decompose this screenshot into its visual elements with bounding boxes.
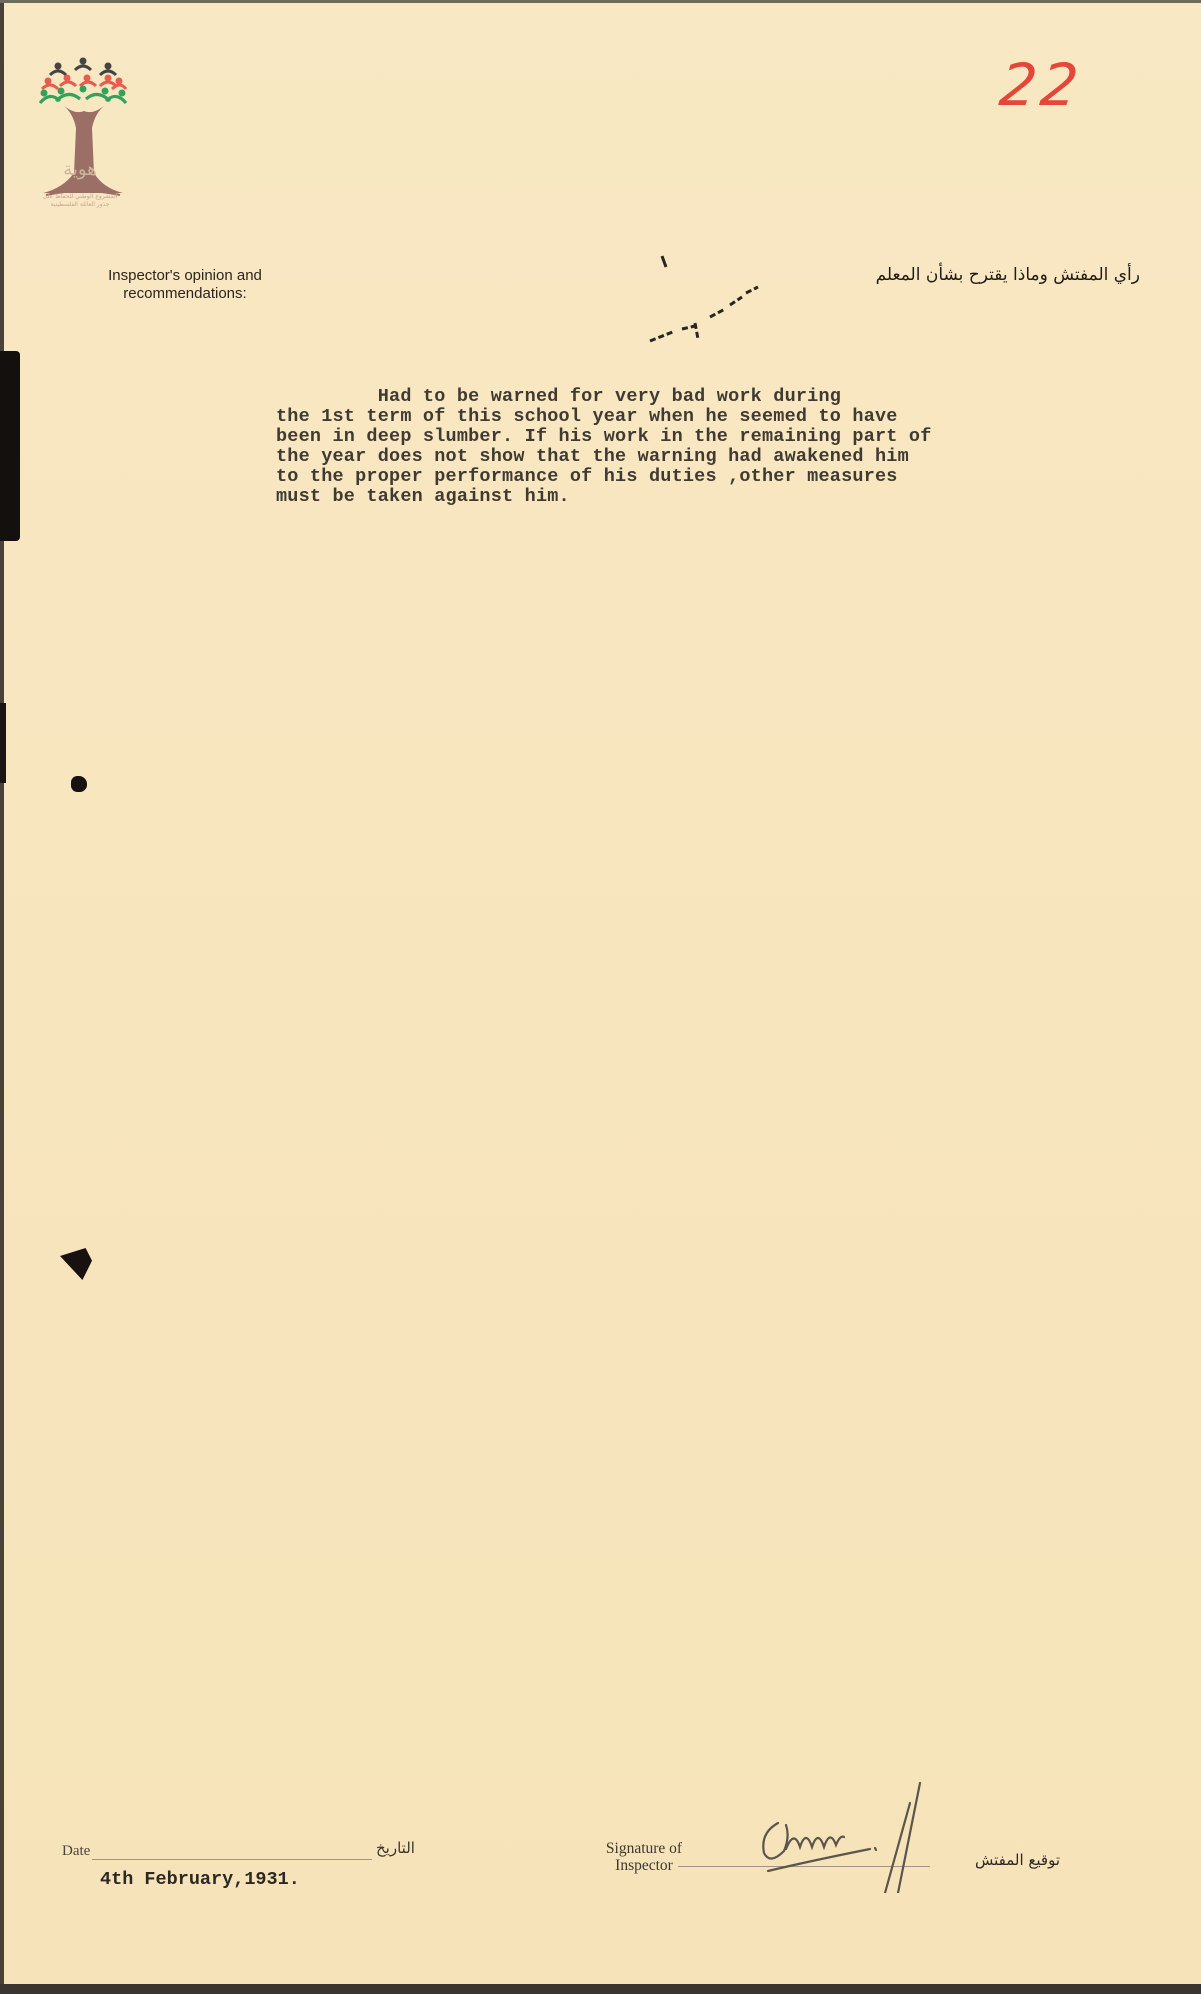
page-number: 22 [996,51,1085,119]
binder-tab [0,351,20,541]
date-label-ar: التاريخ [376,1839,415,1857]
tree-logo-icon [38,53,128,213]
body-line: the year does not show that the warning … [276,447,1156,467]
section-label-line1: Inspector's opinion and [55,267,315,285]
handwritten-signature [740,1753,970,1893]
body-line: to the proper performance of his duties … [276,467,1156,487]
document-page: هوية المشروع الوطني للحفاظ على جذور العا… [0,0,1201,1994]
binder-tab-lower [0,703,6,783]
section-label-ar: رأي المفتش وماذا يقترح بشأن المعلم [800,265,1140,285]
section-label-en: Inspector's opinion and recommendations: [55,267,315,303]
logo-caption-line1: المشروع الوطني للحفاظ على [30,193,130,201]
scan-bottom-edge [0,1984,1201,1994]
logo-caption: المشروع الوطني للحفاظ على جذور العائلة ا… [30,193,130,209]
signature-label: Signature of Inspector [584,1840,704,1874]
date-value: 4th February,1931. [100,1869,300,1890]
date-label: Date [62,1843,90,1860]
date-rule [92,1859,372,1860]
logo-caption-line2: جذور العائلة الفلسطينية [30,201,130,209]
section-label-line2: recommendations: [55,285,315,303]
body-line: must be taken against him. [276,487,1156,507]
inspector-opinion-text: Had to be warned for very bad work durin… [276,387,1156,507]
logo-wordmark: هوية [50,159,110,180]
punch-hole-lower [60,1248,92,1280]
stray-pen-marks [640,231,780,351]
body-line: the 1st term of this school year when he… [276,407,1156,427]
punch-hole-upper [71,776,87,792]
signature-label-line1: Signature of [584,1840,704,1857]
body-line: been in deep slumber. If his work in the… [276,427,1156,447]
body-line: Had to be warned for very bad work durin… [276,387,1156,407]
scan-left-edge [0,3,4,1994]
